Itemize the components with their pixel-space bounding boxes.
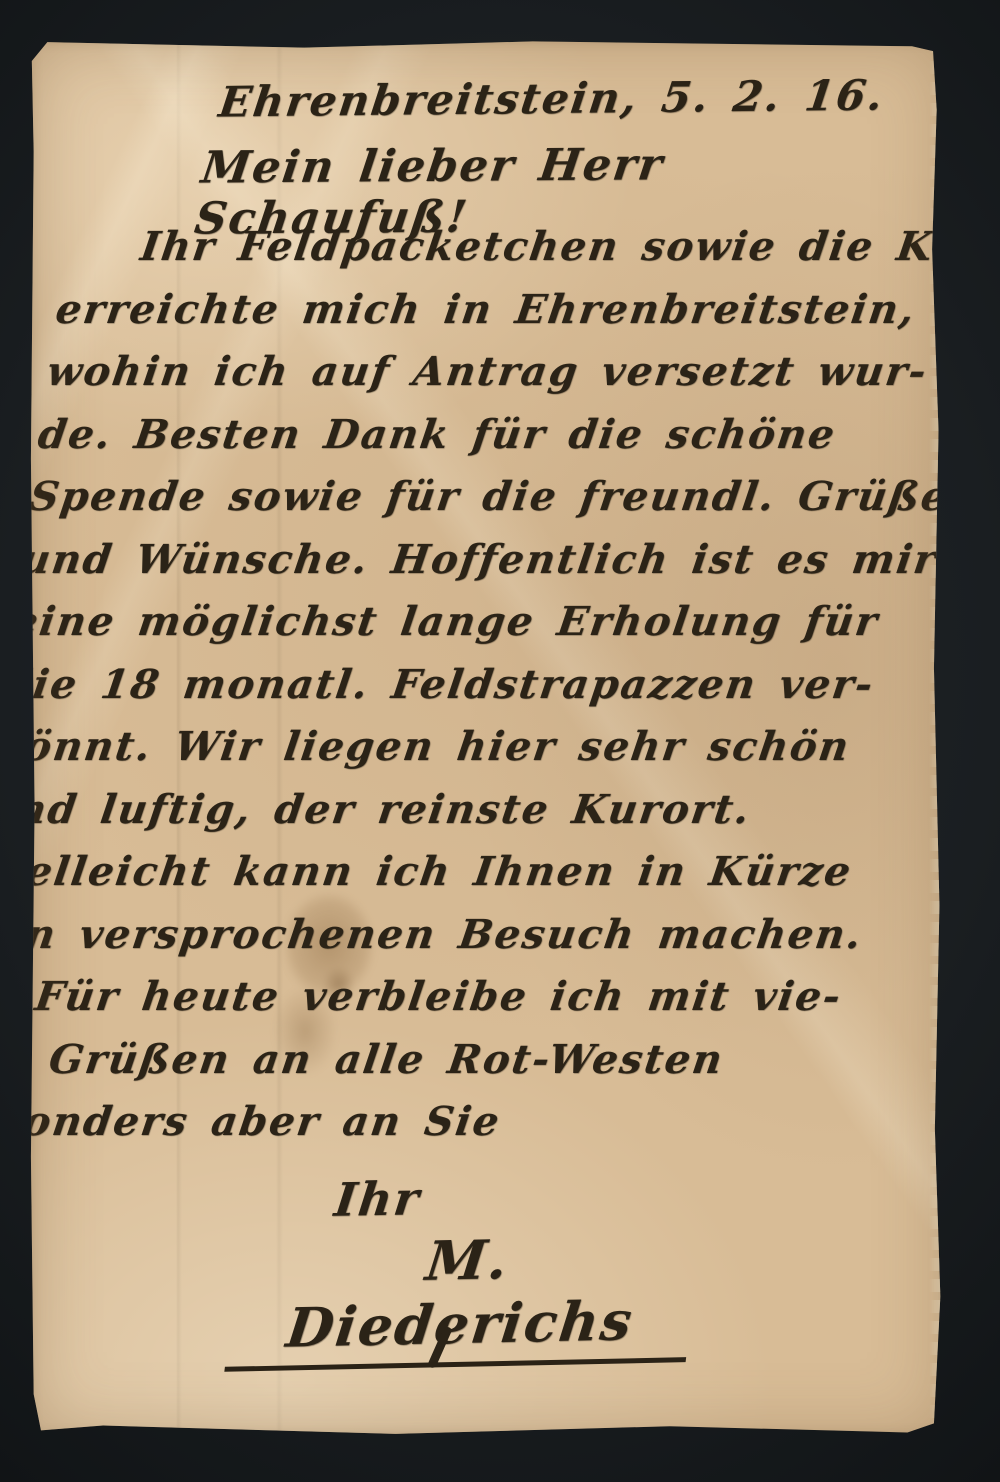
body-line: den versprochenen Besuch machen. xyxy=(0,904,793,967)
body-line: eine möglichst lange Erholung für xyxy=(8,591,837,654)
body-line: Ihr Feldpacketchen sowie die Karte xyxy=(60,216,889,279)
body-line: erreichte mich in Ehrenbreitstein, xyxy=(52,279,881,342)
body-line: Für heute verbleibe ich mit vie- xyxy=(0,966,784,1029)
signature-block: M. Diederichs xyxy=(224,1223,702,1372)
body-line: gönnt. Wir liegen hier sehr schön xyxy=(0,716,819,779)
body-line: und Wünsche. Hoffentlich ist es mir xyxy=(17,529,846,592)
letter-paper: Ehrenbreitstein, 5. 2. 16. Mein lieber H… xyxy=(30,40,944,1436)
signature: M. Diederichs xyxy=(224,1223,702,1372)
body-line: besonders aber an Sie xyxy=(0,1091,766,1154)
body-line: die 18 monatl. Feldstrapazzen ver- xyxy=(0,654,828,717)
body-line: Vielleicht kann ich Ihnen in Kürze xyxy=(0,841,801,904)
letter-body: Ihr Feldpacketchen sowie die Karte errei… xyxy=(0,216,889,1154)
body-line: de. Besten Dank für die schöne xyxy=(34,404,863,467)
dateline: Ehrenbreitstein, 5. 2. 16. xyxy=(216,71,887,127)
closing: Ihr xyxy=(332,1171,424,1226)
body-line: und luftig, der reinste Kurort. xyxy=(0,779,810,842)
body-line: wohin ich auf Antrag versetzt wur- xyxy=(43,341,872,404)
body-line: len Grüßen an alle Rot-Westen xyxy=(0,1029,775,1092)
body-line: Spende sowie für die freundl. Grüße xyxy=(25,466,854,529)
photo-background: Ehrenbreitstein, 5. 2. 16. Mein lieber H… xyxy=(0,0,1000,1482)
handwritten-text: Ehrenbreitstein, 5. 2. 16. Mein lieber H… xyxy=(0,40,944,1436)
